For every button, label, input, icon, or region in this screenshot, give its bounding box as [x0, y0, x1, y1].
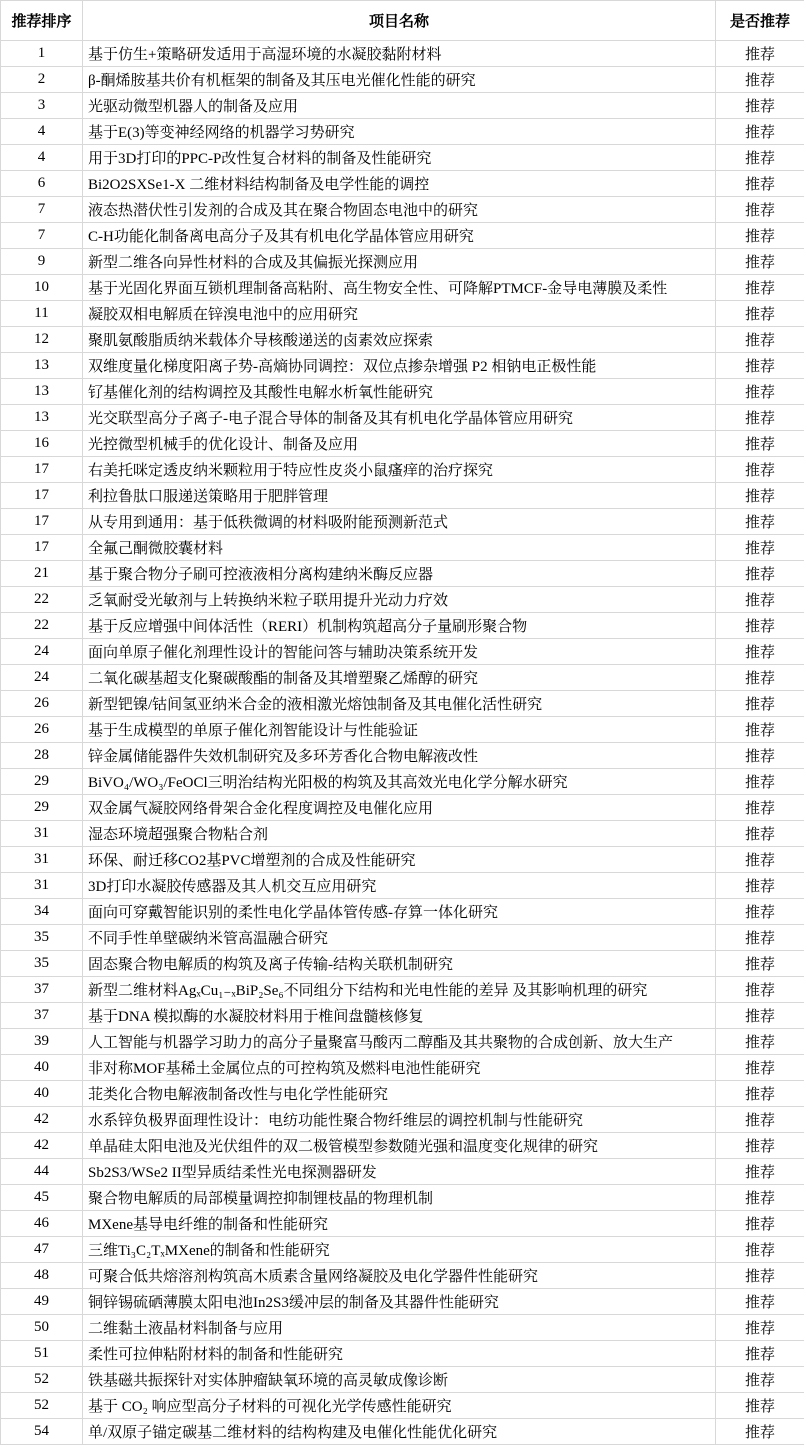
rank-cell: 21 — [1, 561, 83, 587]
recommend-cell: 推荐 — [716, 691, 804, 717]
recommend-cell: 推荐 — [716, 457, 804, 483]
rank-cell: 10 — [1, 275, 83, 301]
project-name-cell: 苝类化合物电解液制备改性与电化学性能研究 — [83, 1081, 716, 1107]
table-row: 13 光交联型高分子离子-电子混合导体的制备及其有机电化学晶体管应用研究 推荐 — [1, 405, 804, 431]
recommend-cell: 推荐 — [716, 1211, 804, 1237]
table-row: 17 右美托咪定透皮纳米颗粒用于特应性皮炎小鼠瘙痒的治疗探究 推荐 — [1, 457, 804, 483]
recommend-cell: 推荐 — [716, 847, 804, 873]
project-name-cell: 从专用到通用：基于低秩微调的材料吸附能预测新范式 — [83, 509, 716, 535]
table-row: 42 单晶硅太阳电池及光伏组件的双二极管模型参数随光强和温度变化规律的研究 推荐 — [1, 1133, 804, 1159]
project-name-cell: 二维黏土液晶材料制备与应用 — [83, 1315, 716, 1341]
rank-cell: 1 — [1, 41, 83, 67]
rank-cell: 17 — [1, 457, 83, 483]
table-row: 35 不同手性单壁碳纳米管高温融合研究 推荐 — [1, 925, 804, 951]
recommend-cell: 推荐 — [716, 327, 804, 353]
rank-cell: 13 — [1, 405, 83, 431]
table-row: 1 基于仿生+策略研发适用于高湿环境的水凝胶黏附材料 推荐 — [1, 41, 804, 67]
rank-cell: 24 — [1, 639, 83, 665]
rank-cell: 26 — [1, 691, 83, 717]
recommend-cell: 推荐 — [716, 1341, 804, 1367]
table-row: 24 面向单原子催化剂理性设计的智能问答与辅助决策系统开发 推荐 — [1, 639, 804, 665]
rank-cell: 54 — [1, 1419, 83, 1445]
project-name-cell: 人工智能与机器学习助力的高分子量聚富马酸丙二醇酯及其共聚物的合成创新、放大生产 — [83, 1029, 716, 1055]
rank-cell: 34 — [1, 899, 83, 925]
project-name-cell: 不同手性单壁碳纳米管高温融合研究 — [83, 925, 716, 951]
table-row: 22 乏氧耐受光敏剂与上转换纳米粒子联用提升光动力疗效 推荐 — [1, 587, 804, 613]
spreadsheet-region: 推荐排序 项目名称 是否推荐 1 基于仿生+策略研发适用于高湿环境的水凝胶黏附材… — [0, 0, 804, 1445]
rank-cell: 29 — [1, 795, 83, 821]
recommend-cell: 推荐 — [716, 535, 804, 561]
table-row: 51 柔性可拉伸粘附材料的制备和性能研究 推荐 — [1, 1341, 804, 1367]
table-row: 7 C-H功能化制备离电高分子及其有机电化学晶体管应用研究 推荐 — [1, 223, 804, 249]
recommend-cell: 推荐 — [716, 1107, 804, 1133]
rank-cell: 11 — [1, 301, 83, 327]
rank-cell: 45 — [1, 1185, 83, 1211]
project-name-cell: 钌基催化剂的结构调控及其酸性电解水析氧性能研究 — [83, 379, 716, 405]
header-project-name: 项目名称 — [83, 1, 716, 41]
table-row: 13 钌基催化剂的结构调控及其酸性电解水析氧性能研究 推荐 — [1, 379, 804, 405]
project-name-cell: 基于 CO₂ 响应型高分子材料的可视化光学传感性能研究 — [83, 1393, 716, 1419]
header-recommend: 是否推荐 — [716, 1, 804, 41]
table-row: 54 单/双原子锚定碳基二维材料的结构构建及电催化性能优化研究 推荐 — [1, 1419, 804, 1445]
table-row: 44 Sb2S3/WSe2 II型异质结柔性光电探测器研发 推荐 — [1, 1159, 804, 1185]
table-row: 13 双维度量化梯度阳离子势-高熵协同调控：双位点掺杂增强 P2 相钠电正极性能… — [1, 353, 804, 379]
recommend-cell: 推荐 — [716, 899, 804, 925]
recommend-cell: 推荐 — [716, 145, 804, 171]
project-name-cell: 水系锌负极界面理性设计：电纺功能性聚合物纤维层的调控机制与性能研究 — [83, 1107, 716, 1133]
project-name-cell: 二氧化碳基超支化聚碳酸酯的制备及其增塑聚乙烯醇的研究 — [83, 665, 716, 691]
table-row: 24 二氧化碳基超支化聚碳酸酯的制备及其增塑聚乙烯醇的研究 推荐 — [1, 665, 804, 691]
recommend-cell: 推荐 — [716, 587, 804, 613]
table-row: 3 光驱动微型机器人的制备及应用 推荐 — [1, 93, 804, 119]
recommend-cell: 推荐 — [716, 509, 804, 535]
rank-cell: 31 — [1, 821, 83, 847]
recommend-cell: 推荐 — [716, 93, 804, 119]
table-row: 17 从专用到通用：基于低秩微调的材料吸附能预测新范式 推荐 — [1, 509, 804, 535]
table-body: 1 基于仿生+策略研发适用于高湿环境的水凝胶黏附材料 推荐 2 β-酮烯胺基共价… — [1, 41, 804, 1445]
table-row: 29 双金属气凝胶网络骨架合金化程度调控及电催化应用 推荐 — [1, 795, 804, 821]
recommend-cell: 推荐 — [716, 1263, 804, 1289]
project-name-cell: 3D打印水凝胶传感器及其人机交互应用研究 — [83, 873, 716, 899]
rank-cell: 4 — [1, 145, 83, 171]
project-name-cell: 液态热潜伏性引发剂的合成及其在聚合物固态电池中的研究 — [83, 197, 716, 223]
project-name-cell: 凝胶双相电解质在锌溴电池中的应用研究 — [83, 301, 716, 327]
table-row: 42 水系锌负极界面理性设计：电纺功能性聚合物纤维层的调控机制与性能研究 推荐 — [1, 1107, 804, 1133]
recommend-cell: 推荐 — [716, 223, 804, 249]
table-row: 26 新型钯镍/钴间氢亚纳米合金的液相激光熔蚀制备及其电催化活性研究 推荐 — [1, 691, 804, 717]
rank-cell: 37 — [1, 977, 83, 1003]
rank-cell: 29 — [1, 769, 83, 795]
table-row: 4 用于3D打印的PPC-P改性复合材料的制备及性能研究 推荐 — [1, 145, 804, 171]
table-row: 31 3D打印水凝胶传感器及其人机交互应用研究 推荐 — [1, 873, 804, 899]
rank-cell: 42 — [1, 1107, 83, 1133]
table-row: 16 光控微型机械手的优化设计、制备及应用 推荐 — [1, 431, 804, 457]
rank-cell: 31 — [1, 873, 83, 899]
recommend-cell: 推荐 — [716, 613, 804, 639]
rank-cell: 42 — [1, 1133, 83, 1159]
recommend-cell: 推荐 — [716, 405, 804, 431]
recommend-cell: 推荐 — [716, 1393, 804, 1419]
project-name-cell: 基于反应增强中间体活性（RERI）机制构筑超高分子量刷形聚合物 — [83, 613, 716, 639]
recommend-cell: 推荐 — [716, 197, 804, 223]
table-row: 34 面向可穿戴智能识别的柔性电化学晶体管传感-存算一体化研究 推荐 — [1, 899, 804, 925]
table-row: 37 新型二维材料AgₓCu₁₋ₓBiP₂Se₆不同组分下结构和光电性能的差异 … — [1, 977, 804, 1003]
rank-cell: 13 — [1, 353, 83, 379]
table-row: 22 基于反应增强中间体活性（RERI）机制构筑超高分子量刷形聚合物 推荐 — [1, 613, 804, 639]
rank-cell: 37 — [1, 1003, 83, 1029]
recommend-cell: 推荐 — [716, 1159, 804, 1185]
project-name-cell: 用于3D打印的PPC-P改性复合材料的制备及性能研究 — [83, 145, 716, 171]
project-name-cell: 双金属气凝胶网络骨架合金化程度调控及电催化应用 — [83, 795, 716, 821]
recommend-cell: 推荐 — [716, 249, 804, 275]
table-row: 40 苝类化合物电解液制备改性与电化学性能研究 推荐 — [1, 1081, 804, 1107]
table-row: 31 湿态环境超强聚合物粘合剂 推荐 — [1, 821, 804, 847]
recommend-cell: 推荐 — [716, 795, 804, 821]
rank-cell: 3 — [1, 93, 83, 119]
table-row: 26 基于生成模型的单原子催化剂智能设计与性能验证 推荐 — [1, 717, 804, 743]
project-name-cell: 单晶硅太阳电池及光伏组件的双二极管模型参数随光强和温度变化规律的研究 — [83, 1133, 716, 1159]
table-row: 45 聚合物电解质的局部模量调控抑制锂枝晶的物理机制 推荐 — [1, 1185, 804, 1211]
recommend-cell: 推荐 — [716, 1133, 804, 1159]
rank-cell: 17 — [1, 509, 83, 535]
table-row: 29 BiVO₄/WO₃/FeOCl三明治结构光阳极的构筑及其高效光电化学分解水… — [1, 769, 804, 795]
rank-cell: 13 — [1, 379, 83, 405]
rank-cell: 24 — [1, 665, 83, 691]
table-row: 17 全氟己酮微胶囊材料 推荐 — [1, 535, 804, 561]
project-name-cell: 基于仿生+策略研发适用于高湿环境的水凝胶黏附材料 — [83, 41, 716, 67]
project-name-cell: 基于光固化界面互锁机理制备高粘附、高生物安全性、可降解PTMCF-金导电薄膜及柔… — [83, 275, 716, 301]
recommend-cell: 推荐 — [716, 483, 804, 509]
recommend-cell: 推荐 — [716, 1081, 804, 1107]
rank-cell: 2 — [1, 67, 83, 93]
table-row: 37 基于DNA 模拟酶的水凝胶材料用于椎间盘髓核修复 推荐 — [1, 1003, 804, 1029]
project-name-cell: 铁基磁共振探针对实体肿瘤缺氧环境的高灵敏成像诊断 — [83, 1367, 716, 1393]
rank-cell: 47 — [1, 1237, 83, 1263]
rank-cell: 52 — [1, 1393, 83, 1419]
table-row: 11 凝胶双相电解质在锌溴电池中的应用研究 推荐 — [1, 301, 804, 327]
recommend-cell: 推荐 — [716, 171, 804, 197]
project-name-cell: 柔性可拉伸粘附材料的制备和性能研究 — [83, 1341, 716, 1367]
table-row: 12 聚肌氨酸脂质纳米载体介导核酸递送的卤素效应探索 推荐 — [1, 327, 804, 353]
rank-cell: 50 — [1, 1315, 83, 1341]
recommend-cell: 推荐 — [716, 1055, 804, 1081]
rank-cell: 48 — [1, 1263, 83, 1289]
rank-cell: 44 — [1, 1159, 83, 1185]
project-name-cell: 非对称MOF基稀土金属位点的可控构筑及燃料电池性能研究 — [83, 1055, 716, 1081]
recommend-cell: 推荐 — [716, 951, 804, 977]
recommend-cell: 推荐 — [716, 275, 804, 301]
project-name-cell: MXene基导电纤维的制备和性能研究 — [83, 1211, 716, 1237]
project-name-cell: Bi2O2SXSe1-X 二维材料结构制备及电学性能的调控 — [83, 171, 716, 197]
rank-cell: 12 — [1, 327, 83, 353]
project-name-cell: 可聚合低共熔溶剂构筑高木质素含量网络凝胶及电化学器件性能研究 — [83, 1263, 716, 1289]
project-name-cell: BiVO₄/WO₃/FeOCl三明治结构光阳极的构筑及其高效光电化学分解水研究 — [83, 769, 716, 795]
project-name-cell: β-酮烯胺基共价有机框架的制备及其压电光催化性能的研究 — [83, 67, 716, 93]
header-row: 推荐排序 项目名称 是否推荐 — [1, 1, 804, 41]
recommend-cell: 推荐 — [716, 1315, 804, 1341]
recommend-cell: 推荐 — [716, 769, 804, 795]
project-name-cell: 光驱动微型机器人的制备及应用 — [83, 93, 716, 119]
table-row: 17 利拉鲁肽口服递送策略用于肥胖管理 推荐 — [1, 483, 804, 509]
header-rank: 推荐排序 — [1, 1, 83, 41]
project-name-cell: Sb2S3/WSe2 II型异质结柔性光电探测器研发 — [83, 1159, 716, 1185]
project-name-cell: 乏氧耐受光敏剂与上转换纳米粒子联用提升光动力疗效 — [83, 587, 716, 613]
recommend-cell: 推荐 — [716, 431, 804, 457]
rank-cell: 9 — [1, 249, 83, 275]
project-name-cell: 光交联型高分子离子-电子混合导体的制备及其有机电化学晶体管应用研究 — [83, 405, 716, 431]
rank-cell: 26 — [1, 717, 83, 743]
recommend-cell: 推荐 — [716, 561, 804, 587]
table-row: 28 锌金属储能器件失效机制研究及多环芳香化合物电解液改性 推荐 — [1, 743, 804, 769]
recommend-cell: 推荐 — [716, 665, 804, 691]
project-name-cell: 利拉鲁肽口服递送策略用于肥胖管理 — [83, 483, 716, 509]
project-name-cell: 铜锌锡硫硒薄膜太阳电池In2S3缓冲层的制备及其器件性能研究 — [83, 1289, 716, 1315]
recommend-cell: 推荐 — [716, 379, 804, 405]
project-name-cell: 湿态环境超强聚合物粘合剂 — [83, 821, 716, 847]
table-header: 推荐排序 项目名称 是否推荐 — [1, 1, 804, 41]
rank-cell: 22 — [1, 613, 83, 639]
rank-cell: 22 — [1, 587, 83, 613]
project-name-cell: 聚合物电解质的局部模量调控抑制锂枝晶的物理机制 — [83, 1185, 716, 1211]
project-name-cell: 新型钯镍/钴间氢亚纳米合金的液相激光熔蚀制备及其电催化活性研究 — [83, 691, 716, 717]
rank-cell: 39 — [1, 1029, 83, 1055]
recommend-cell: 推荐 — [716, 1029, 804, 1055]
project-name-cell: 聚肌氨酸脂质纳米载体介导核酸递送的卤素效应探索 — [83, 327, 716, 353]
recommend-cell: 推荐 — [716, 1367, 804, 1393]
table-row: 10 基于光固化界面互锁机理制备高粘附、高生物安全性、可降解PTMCF-金导电薄… — [1, 275, 804, 301]
table-row: 49 铜锌锡硫硒薄膜太阳电池In2S3缓冲层的制备及其器件性能研究 推荐 — [1, 1289, 804, 1315]
table-row: 46 MXene基导电纤维的制备和性能研究 推荐 — [1, 1211, 804, 1237]
table-row: 50 二维黏土液晶材料制备与应用 推荐 — [1, 1315, 804, 1341]
table-row: 31 环保、耐迁移CO2基PVC增塑剂的合成及性能研究 推荐 — [1, 847, 804, 873]
table-row: 39 人工智能与机器学习助力的高分子量聚富马酸丙二醇酯及其共聚物的合成创新、放大… — [1, 1029, 804, 1055]
table-row: 4 基于E(3)等变神经网络的机器学习势研究 推荐 — [1, 119, 804, 145]
project-name-cell: 面向单原子催化剂理性设计的智能问答与辅助决策系统开发 — [83, 639, 716, 665]
rank-cell: 35 — [1, 925, 83, 951]
table-row: 2 β-酮烯胺基共价有机框架的制备及其压电光催化性能的研究 推荐 — [1, 67, 804, 93]
recommend-cell: 推荐 — [716, 821, 804, 847]
rank-cell: 7 — [1, 197, 83, 223]
project-name-cell: C-H功能化制备离电高分子及其有机电化学晶体管应用研究 — [83, 223, 716, 249]
recommend-cell: 推荐 — [716, 353, 804, 379]
table-row: 47 三维Ti₃C₂TₓMXene的制备和性能研究 推荐 — [1, 1237, 804, 1263]
table-row: 6 Bi2O2SXSe1-X 二维材料结构制备及电学性能的调控 推荐 — [1, 171, 804, 197]
recommend-cell: 推荐 — [716, 925, 804, 951]
recommend-cell: 推荐 — [716, 1237, 804, 1263]
rank-cell: 52 — [1, 1367, 83, 1393]
project-name-cell: 新型二维材料AgₓCu₁₋ₓBiP₂Se₆不同组分下结构和光电性能的差异 及其影… — [83, 977, 716, 1003]
project-name-cell: 固态聚合物电解质的构筑及离子传输-结构关联机制研究 — [83, 951, 716, 977]
rank-cell: 4 — [1, 119, 83, 145]
recommend-cell: 推荐 — [716, 41, 804, 67]
project-name-cell: 单/双原子锚定碳基二维材料的结构构建及电催化性能优化研究 — [83, 1419, 716, 1445]
table-row: 9 新型二维各向异性材料的合成及其偏振光探测应用 推荐 — [1, 249, 804, 275]
rank-cell: 17 — [1, 483, 83, 509]
project-name-cell: 全氟己酮微胶囊材料 — [83, 535, 716, 561]
project-name-cell: 锌金属储能器件失效机制研究及多环芳香化合物电解液改性 — [83, 743, 716, 769]
project-name-cell: 基于生成模型的单原子催化剂智能设计与性能验证 — [83, 717, 716, 743]
recommend-cell: 推荐 — [716, 1419, 804, 1445]
project-name-cell: 新型二维各向异性材料的合成及其偏振光探测应用 — [83, 249, 716, 275]
project-name-cell: 基于E(3)等变神经网络的机器学习势研究 — [83, 119, 716, 145]
rank-cell: 40 — [1, 1081, 83, 1107]
recommend-cell: 推荐 — [716, 1289, 804, 1315]
project-name-cell: 光控微型机械手的优化设计、制备及应用 — [83, 431, 716, 457]
rank-cell: 16 — [1, 431, 83, 457]
project-name-cell: 基于DNA 模拟酶的水凝胶材料用于椎间盘髓核修复 — [83, 1003, 716, 1029]
rank-cell: 7 — [1, 223, 83, 249]
project-name-cell: 基于聚合物分子刷可控液液相分离构建纳米酶反应器 — [83, 561, 716, 587]
recommend-cell: 推荐 — [716, 119, 804, 145]
project-recommendation-table: 推荐排序 项目名称 是否推荐 1 基于仿生+策略研发适用于高湿环境的水凝胶黏附材… — [0, 0, 804, 1445]
table-row: 40 非对称MOF基稀土金属位点的可控构筑及燃料电池性能研究 推荐 — [1, 1055, 804, 1081]
table-row: 52 铁基磁共振探针对实体肿瘤缺氧环境的高灵敏成像诊断 推荐 — [1, 1367, 804, 1393]
rank-cell: 31 — [1, 847, 83, 873]
rank-cell: 28 — [1, 743, 83, 769]
project-name-cell: 环保、耐迁移CO2基PVC增塑剂的合成及性能研究 — [83, 847, 716, 873]
project-name-cell: 双维度量化梯度阳离子势-高熵协同调控：双位点掺杂增强 P2 相钠电正极性能 — [83, 353, 716, 379]
recommend-cell: 推荐 — [716, 873, 804, 899]
recommend-cell: 推荐 — [716, 717, 804, 743]
project-name-cell: 右美托咪定透皮纳米颗粒用于特应性皮炎小鼠瘙痒的治疗探究 — [83, 457, 716, 483]
rank-cell: 49 — [1, 1289, 83, 1315]
project-name-cell: 面向可穿戴智能识别的柔性电化学晶体管传感-存算一体化研究 — [83, 899, 716, 925]
table-row: 52 基于 CO₂ 响应型高分子材料的可视化光学传感性能研究 推荐 — [1, 1393, 804, 1419]
recommend-cell: 推荐 — [716, 1003, 804, 1029]
recommend-cell: 推荐 — [716, 1185, 804, 1211]
recommend-cell: 推荐 — [716, 301, 804, 327]
table-row: 48 可聚合低共熔溶剂构筑高木质素含量网络凝胶及电化学器件性能研究 推荐 — [1, 1263, 804, 1289]
table-row: 35 固态聚合物电解质的构筑及离子传输-结构关联机制研究 推荐 — [1, 951, 804, 977]
recommend-cell: 推荐 — [716, 639, 804, 665]
rank-cell: 6 — [1, 171, 83, 197]
recommend-cell: 推荐 — [716, 743, 804, 769]
recommend-cell: 推荐 — [716, 977, 804, 1003]
rank-cell: 46 — [1, 1211, 83, 1237]
table-row: 21 基于聚合物分子刷可控液液相分离构建纳米酶反应器 推荐 — [1, 561, 804, 587]
project-name-cell: 三维Ti₃C₂TₓMXene的制备和性能研究 — [83, 1237, 716, 1263]
rank-cell: 17 — [1, 535, 83, 561]
table-row: 7 液态热潜伏性引发剂的合成及其在聚合物固态电池中的研究 推荐 — [1, 197, 804, 223]
rank-cell: 35 — [1, 951, 83, 977]
rank-cell: 40 — [1, 1055, 83, 1081]
rank-cell: 51 — [1, 1341, 83, 1367]
recommend-cell: 推荐 — [716, 67, 804, 93]
